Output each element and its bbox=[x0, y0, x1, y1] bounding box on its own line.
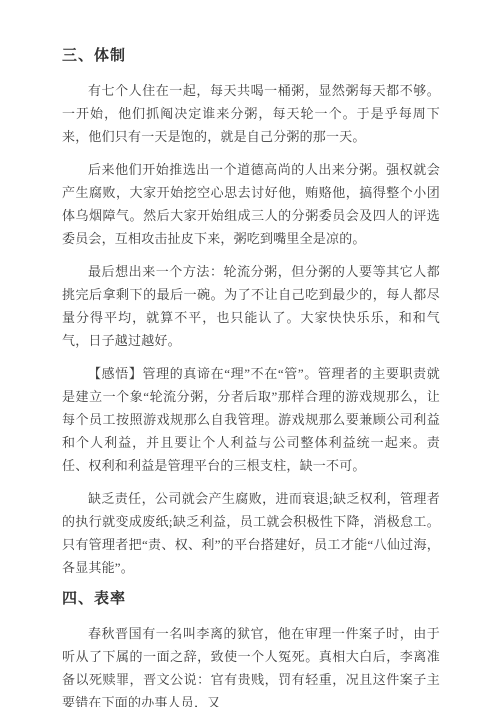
paragraph-porridge-start: 有七个人住在一起，每天共喝一桶粥，显然粥每天都不够。一开始，他们抓阄决定谁来分粥… bbox=[62, 79, 440, 148]
paragraph-lili-story: 春秋晋国有一名叫李离的狱官，他在审理一件案子时，由于听从了下属的一面之辞，致使一… bbox=[62, 622, 440, 707]
section-heading-biaoshuai: 四、表率 bbox=[62, 589, 440, 609]
section-heading-tizhi: 三、体制 bbox=[62, 46, 440, 66]
paragraph-ganwu-insight: 【感悟】管理的真谛在“理”不在“管”。管理者的主要职责就是建立一个象“轮流分粥，… bbox=[62, 362, 440, 477]
paragraph-responsibility-pillars: 缺乏责任，公司就会产生腐败，进而衰退;缺乏权利，管理者的执行就变成废纸;缺乏利益… bbox=[62, 487, 440, 579]
paragraph-porridge-corruption: 后来他们开始推选出一个道德高尚的人出来分粥。强权就会产生腐败，大家开始挖空心思去… bbox=[62, 158, 440, 250]
paragraph-porridge-solution: 最后想出来一个方法：轮流分粥，但分粥的人要等其它人都挑完后拿剩下的最后一碗。为了… bbox=[62, 260, 440, 352]
document-page: 三、体制 有七个人住在一起，每天共喝一桶粥，显然粥每天都不够。一开始，他们抓阄决… bbox=[0, 0, 500, 707]
